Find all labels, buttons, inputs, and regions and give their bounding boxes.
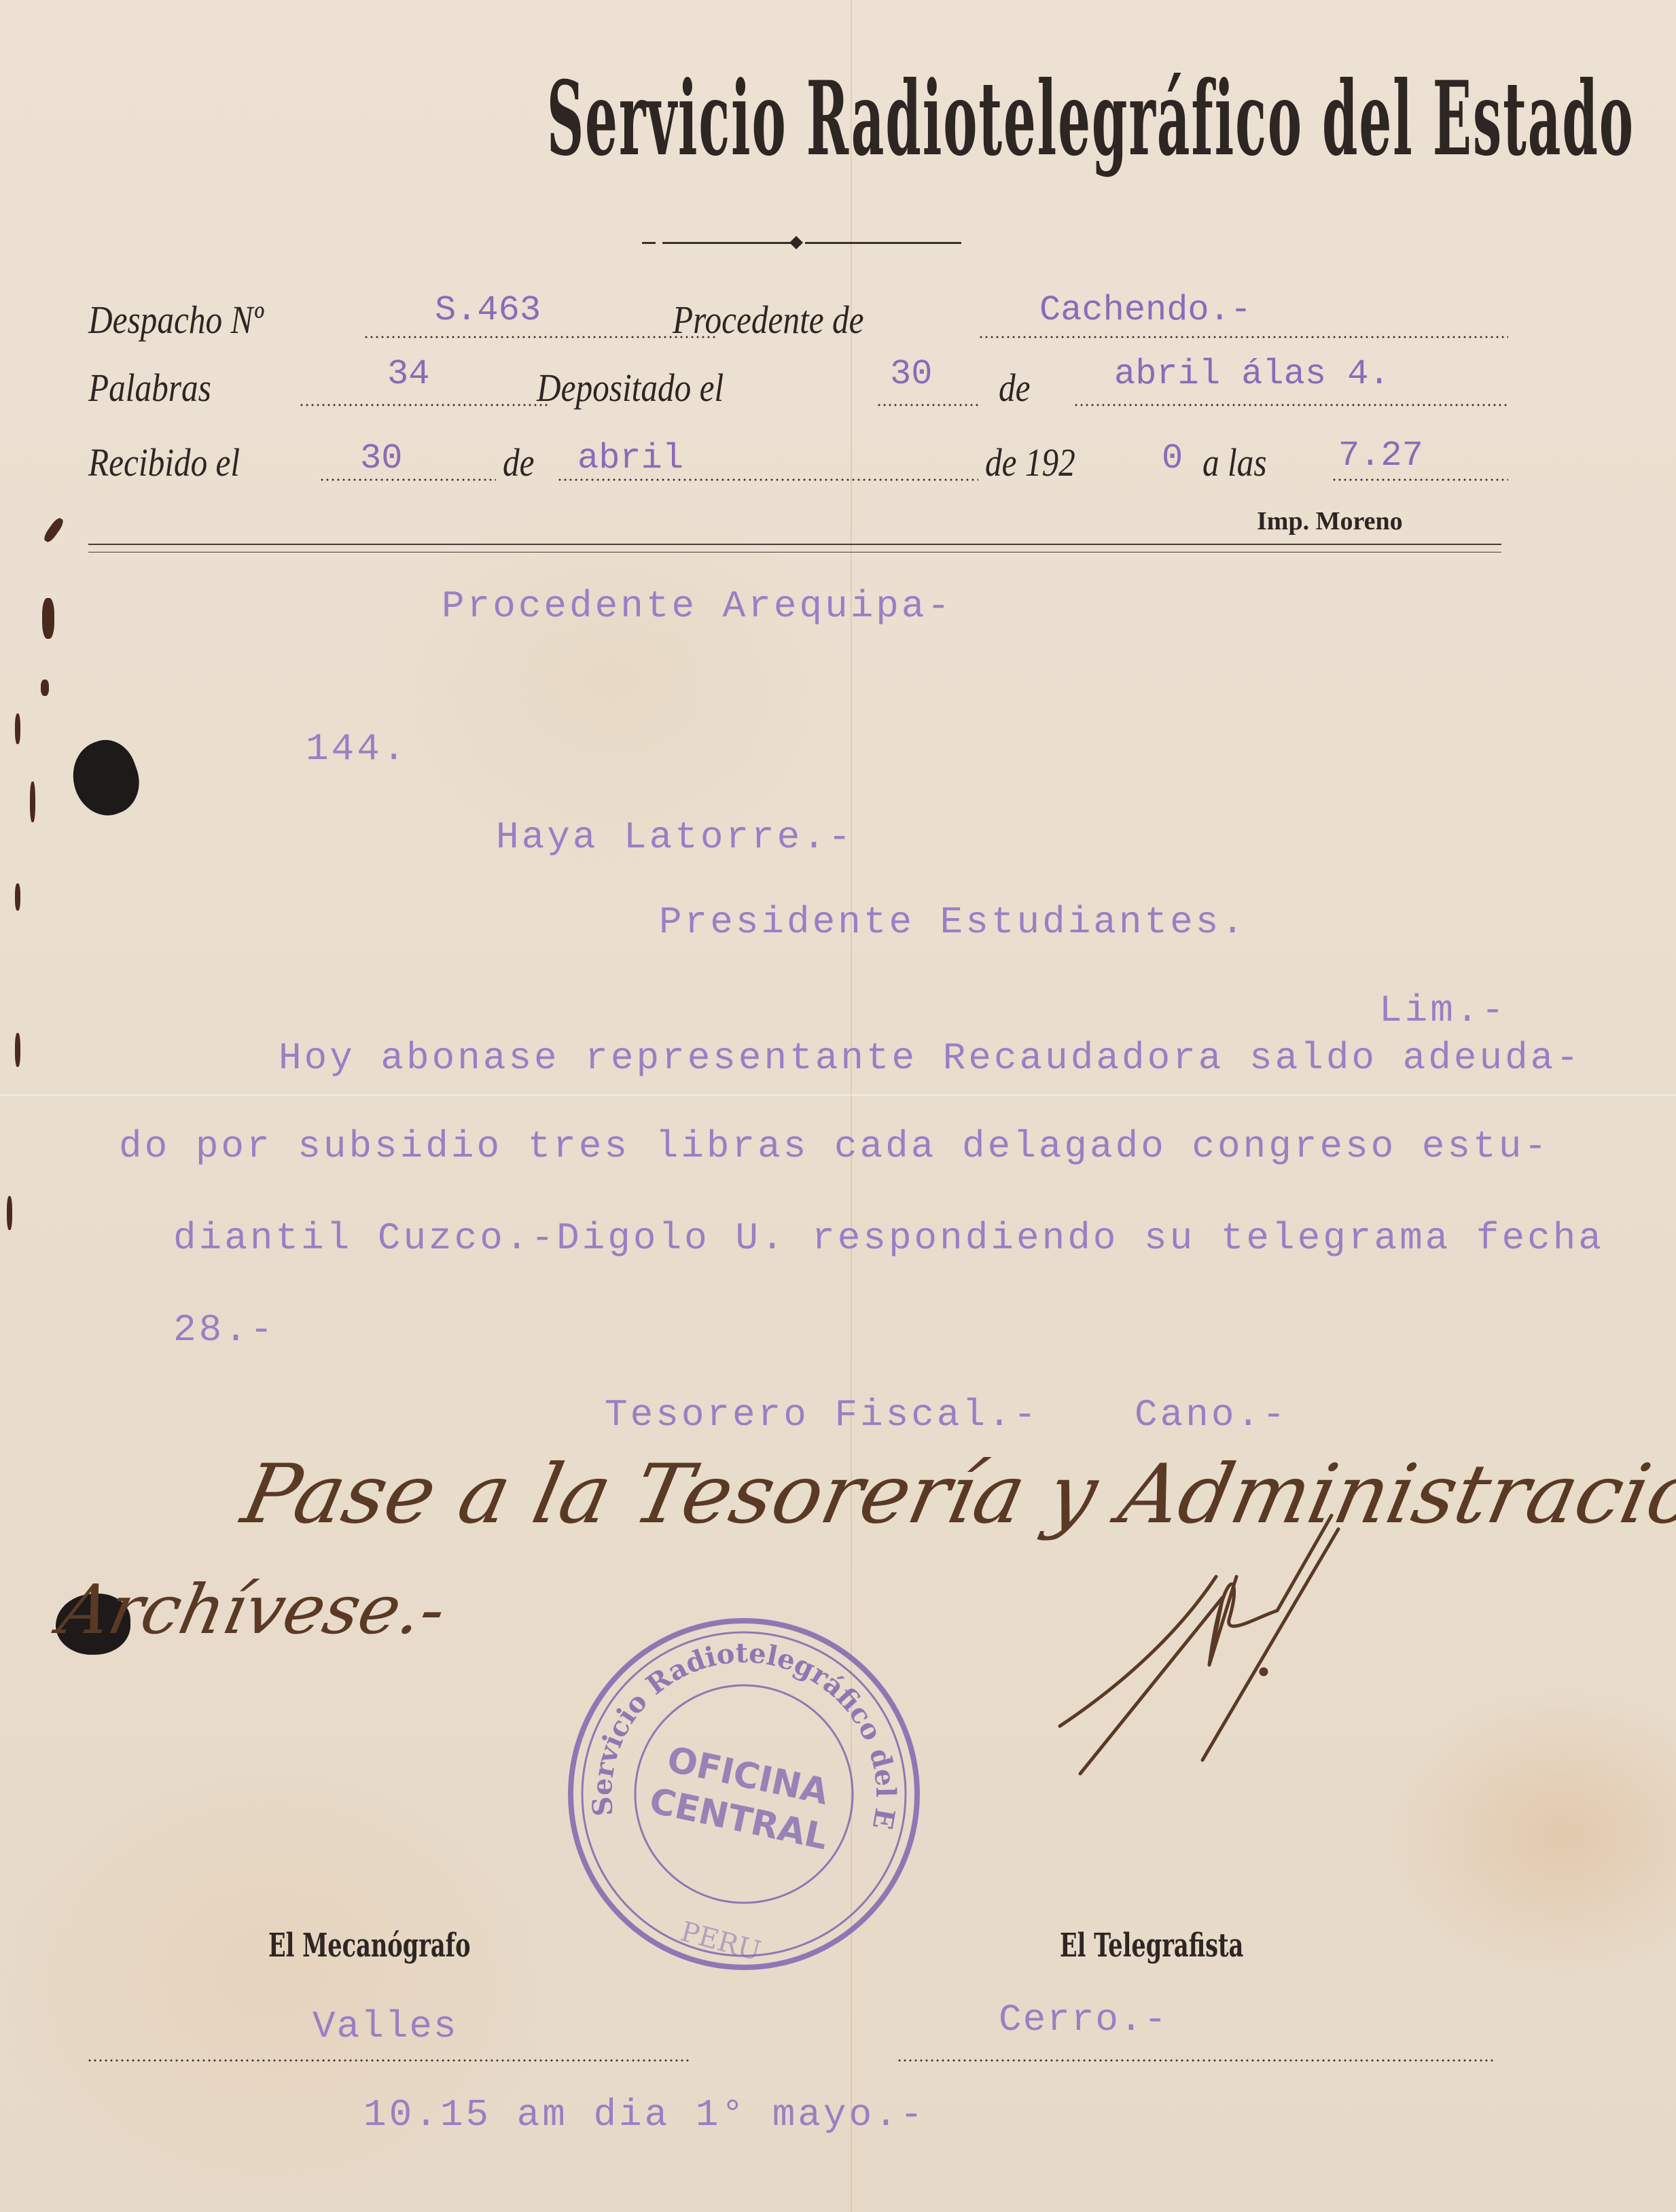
edge-tear-mark <box>30 782 35 822</box>
dotted-line <box>299 404 550 406</box>
edge-tear-mark <box>15 883 20 911</box>
title-ornament <box>642 238 961 247</box>
form-row-despacho: Despacho Nº S.463 Procedente de Cachendo… <box>88 292 1508 347</box>
edge-tear-mark <box>15 714 20 744</box>
depositado-label: Depositado el <box>537 365 724 410</box>
procedente-value: Cachendo.- <box>1039 290 1251 330</box>
edge-tear-mark <box>7 1196 12 1230</box>
header-rule <box>88 544 1501 545</box>
despacho-label: Despacho Nº <box>88 297 264 343</box>
handwritten-annotation: Archívese.- <box>53 1570 453 1649</box>
dotted-line <box>319 478 496 481</box>
message-body-line: do por subsidio tres libras cada delagad… <box>119 1125 1550 1168</box>
message-sender-name: Cano.- <box>1135 1393 1288 1437</box>
document-title: Servicio Radiotelegráfico del Estado <box>547 61 1056 177</box>
depositado-day: 30 <box>890 354 932 394</box>
form-row-recibido: Recibido el 30 de abril de 192 0 a las 7… <box>88 435 1508 489</box>
recibido-year-label: de 192 <box>985 440 1075 485</box>
message-body-line: 28.- <box>173 1308 275 1352</box>
telegraphist-label: El Telegrafista <box>1060 1927 1243 1965</box>
recibido-year-digit: 0 <box>1162 438 1183 478</box>
office-stamp-icon: Servicio Radiotelegráfico del Estado OFI… <box>554 1600 934 1981</box>
typist-signature-line <box>87 2059 692 2062</box>
typist-name: Valles <box>313 2005 458 2048</box>
edge-tear-mark <box>15 1033 20 1067</box>
dotted-line <box>557 478 978 481</box>
signature-icon <box>1019 1495 1563 1801</box>
edge-tear-mark <box>42 598 54 639</box>
edge-tear-mark <box>41 680 49 696</box>
recibido-de-label: de <box>503 440 535 485</box>
delivery-note: 10.15 am dia 1° mayo.- <box>363 2093 925 2137</box>
dotted-line <box>1073 404 1508 406</box>
procedente-label: Procedente de <box>673 297 864 343</box>
telegraphist-signature-line <box>897 2059 1495 2062</box>
depositado-de-label: de <box>999 365 1031 410</box>
dotted-line <box>978 336 1508 338</box>
recipient-title: Presidente Estudiantes. <box>659 900 1247 944</box>
printer-mark: Imp. Moreno <box>1257 506 1403 536</box>
palabras-label: Palabras <box>88 365 211 410</box>
message-body-line: Hoy abonase representante Recaudadora sa… <box>279 1036 1582 1080</box>
dotted-line <box>876 404 978 406</box>
message-number: 144. <box>306 727 408 771</box>
recibido-day: 30 <box>360 438 402 478</box>
recibido-month: abril <box>577 438 683 478</box>
message-destination: Lim.- <box>1379 989 1507 1032</box>
recibido-time: 7.27 <box>1338 436 1423 476</box>
despacho-value: S.463 <box>435 290 541 330</box>
message-origin: Procedente Arequipa- <box>442 584 952 628</box>
dotted-line <box>363 336 717 338</box>
depositado-value: abril álas 4. <box>1114 354 1390 394</box>
dotted-line <box>1332 478 1508 481</box>
recibido-time-label: a las <box>1202 440 1267 485</box>
form-row-palabras: Palabras 34 Depositado el 30 de abril ál… <box>88 360 1508 415</box>
horizontal-fold <box>0 1094 1676 1096</box>
palabras-value: 34 <box>387 354 429 394</box>
recibido-label: Recibido el <box>88 440 240 485</box>
typist-label: El Mecanógrafo <box>268 1927 471 1965</box>
message-body-line: diantil Cuzco.-Digolo U. respondiendo su… <box>173 1216 1604 1260</box>
recipient-name: Haya Latorre.- <box>496 815 853 859</box>
message-sender: Tesorero Fiscal.- <box>605 1393 1039 1437</box>
telegraphist-name: Cerro.- <box>999 1998 1168 2041</box>
header-rule-secondary <box>88 552 1501 552</box>
